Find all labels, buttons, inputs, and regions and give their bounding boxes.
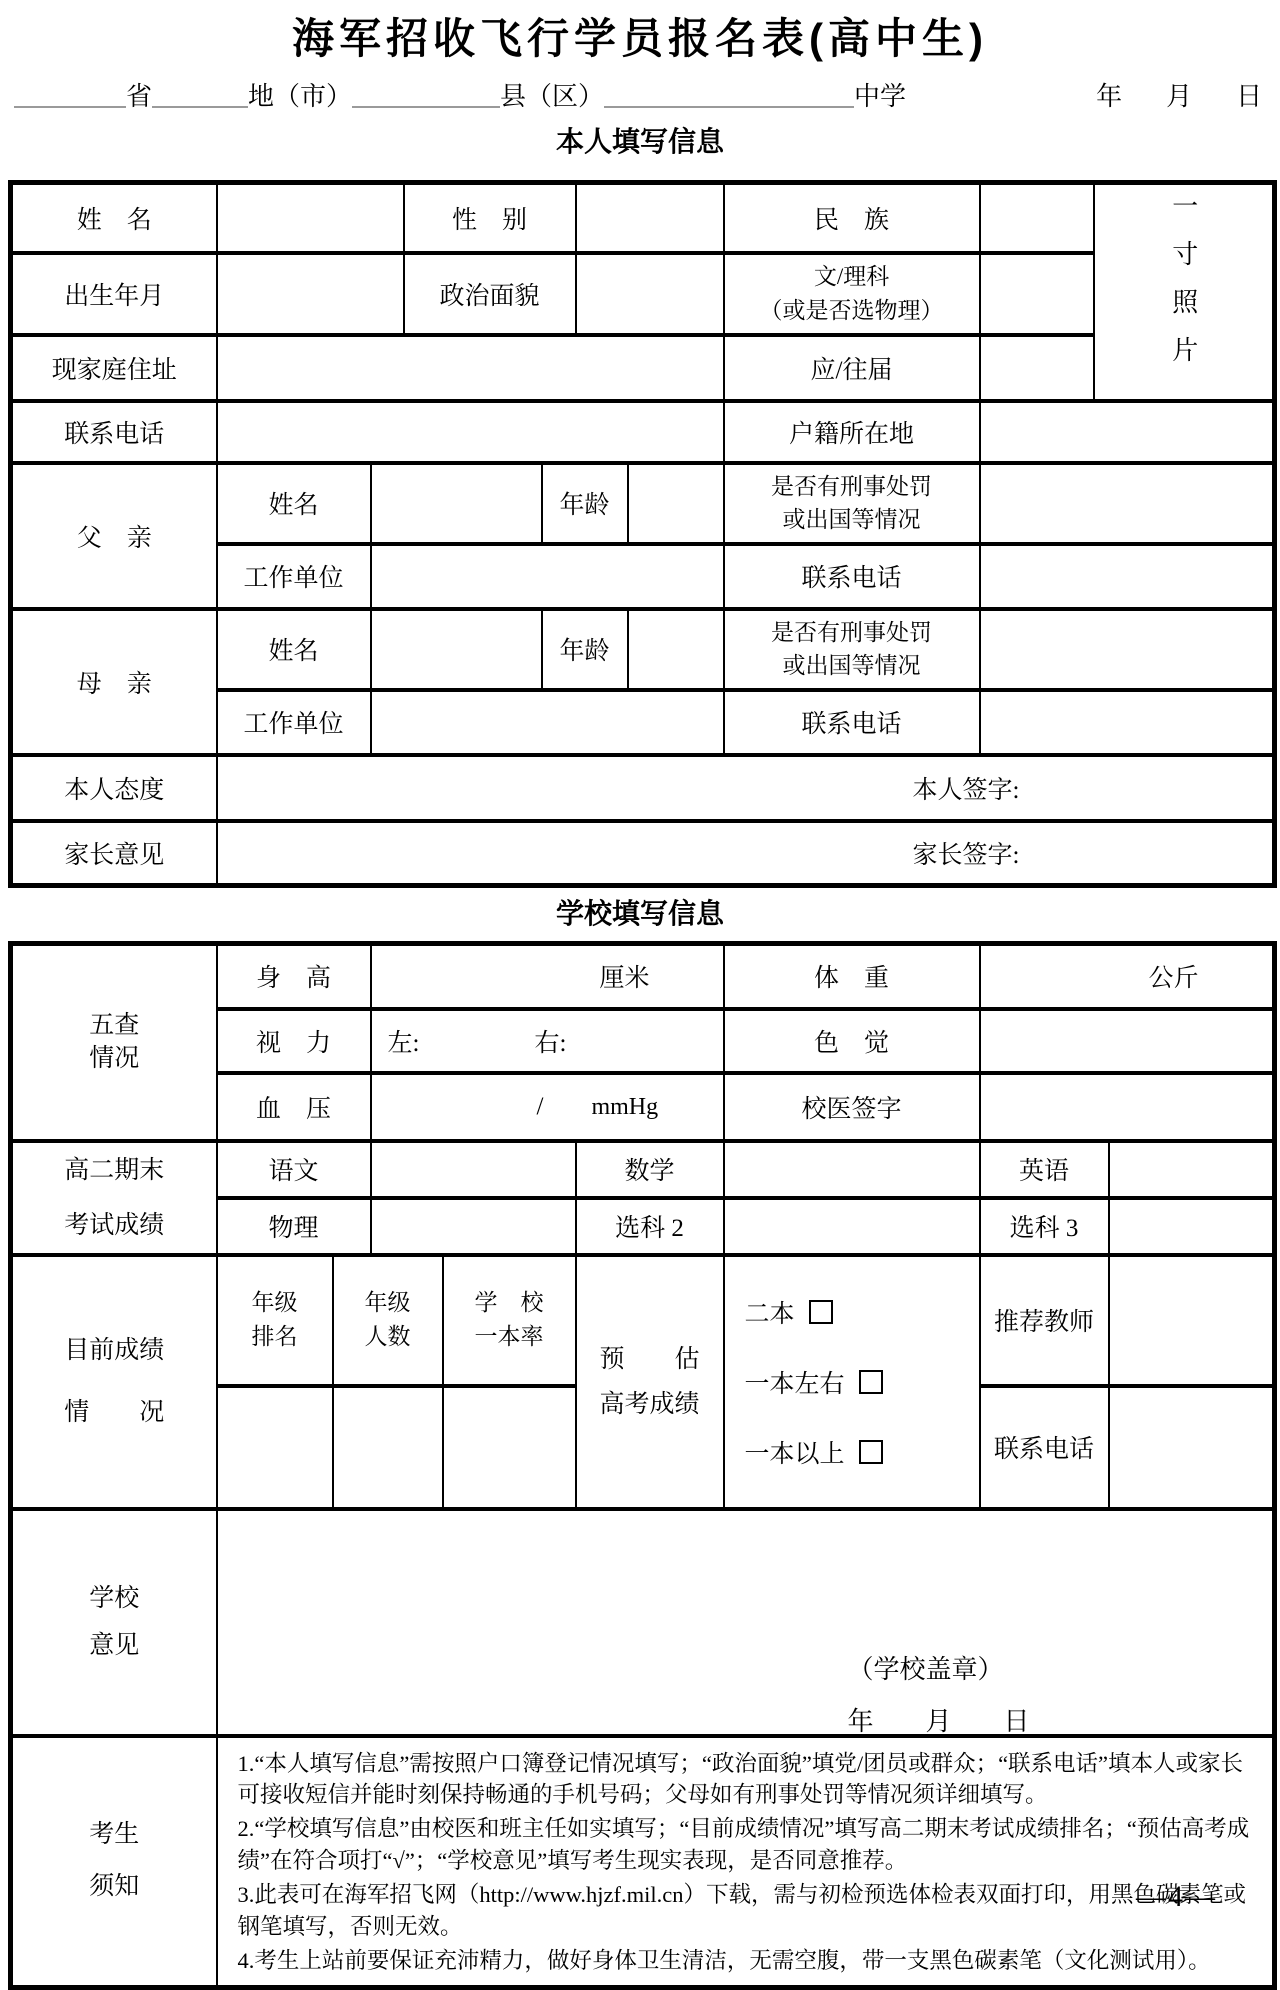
elective3-input-cell[interactable] (1109, 1198, 1275, 1255)
subject-track-input-cell[interactable] (980, 253, 1094, 335)
doctor-sign-input-cell[interactable] (980, 1073, 1275, 1141)
gender-label: 性 别 (404, 183, 576, 253)
photo-label: 一寸照片 (1165, 192, 1202, 384)
phone-input-cell[interactable] (217, 401, 724, 463)
english-input-cell[interactable] (1109, 1141, 1275, 1199)
checkbox-icon[interactable] (859, 1440, 883, 1464)
form-page: 海军招收飞行学员报名表(高中生) 省地（市）县（区）中学年月日 本人填写信息 姓… (0, 0, 1280, 1933)
elective3-label: 选科 3 (980, 1198, 1109, 1255)
row-parent-opinion: 家长意见 家长签字: (11, 821, 1275, 886)
parent-opinion-input-cell[interactable]: 家长签字: (217, 821, 1275, 886)
current-status-label: 目前成绩 情 况 (11, 1255, 217, 1509)
row-scores-1: 高二期末 考试成绩 语文 数学 英语 (11, 1141, 1275, 1199)
option-yiben-zuoyou: 一本左右 (745, 1361, 979, 1403)
father-name-label: 姓名 (217, 463, 371, 544)
weight-input-cell[interactable]: 公斤 (980, 944, 1275, 1009)
seal-date-label: 年 月 日 (848, 1701, 1030, 1736)
attitude-input-cell[interactable]: 本人签字: (217, 755, 1275, 821)
parent-opinion-label: 家长意见 (11, 821, 217, 886)
mother-criminal-label: 是否有刑事处罚 或出国等情况 (724, 609, 980, 690)
mother-name-label: 姓名 (217, 609, 371, 690)
political-label: 政治面貌 (404, 253, 576, 335)
photo-box[interactable]: 一寸照片 (1094, 183, 1275, 401)
height-label: 身 高 (217, 944, 371, 1009)
math-label: 数学 (576, 1141, 724, 1199)
father-phone-label: 联系电话 (724, 544, 980, 609)
row-father-name: 父 亲 姓名 年龄 是否有刑事处罚 或出国等情况 (11, 463, 1275, 544)
row-height: 五查 情况 身 高 厘米 体 重 公斤 (11, 944, 1275, 1009)
mother-age-label: 年龄 (542, 609, 628, 690)
row-mother-name: 母 亲 姓名 年龄 是否有刑事处罚 或出国等情况 (11, 609, 1275, 690)
recommender-phone-label: 联系电话 (980, 1386, 1109, 1509)
mother-work-input-cell[interactable] (371, 690, 724, 755)
school-label: 中学 (854, 82, 906, 111)
school-section-heading: 学校填写信息 (0, 892, 1280, 932)
father-age-label: 年龄 (542, 463, 628, 544)
father-label: 父 亲 (11, 463, 217, 609)
father-work-label: 工作单位 (217, 544, 371, 609)
row-address: 现家庭住址 应/往届 (11, 335, 1275, 401)
physics-label: 物理 (217, 1198, 371, 1255)
school-seal-label: （学校盖章） (848, 1649, 1004, 1686)
vision-label: 视 力 (217, 1009, 371, 1073)
mother-phone-label: 联系电话 (724, 690, 980, 755)
color-sense-input-cell[interactable] (980, 1009, 1275, 1073)
vision-left-label: 左: (388, 1030, 420, 1057)
self-info-table: 姓 名 性 别 民 族 一寸照片 出生年月 政治面貌 文/理科 （或是否选物理）… (8, 180, 1277, 888)
row-attitude: 本人态度 本人签字: (11, 755, 1275, 821)
weight-label: 体 重 (724, 944, 980, 1009)
grade-size-input-cell[interactable] (333, 1386, 443, 1509)
chinese-input-cell[interactable] (371, 1141, 576, 1199)
notes-label: 考生 须知 (11, 1736, 217, 1988)
doctor-sign-label: 校医签字 (724, 1073, 980, 1141)
county-label: 县（区） (500, 82, 604, 111)
school-info-table: 五查 情况 身 高 厘米 体 重 公斤 视 力 左:右: 色 觉 血 压 /mm… (8, 941, 1277, 1990)
self-sign-label: 本人签字: (913, 777, 1020, 804)
father-criminal-label: 是否有刑事处罚 或出国等情况 (724, 463, 980, 544)
physics-input-cell[interactable] (371, 1198, 576, 1255)
vision-right-label: 右: (534, 1030, 566, 1057)
city-label: 地（市） (248, 82, 352, 111)
note-item-2: 2.“学校填写信息”由校医和班主任如实填写；“目前成绩情况”填写高二期末考试成绩… (238, 1813, 1257, 1877)
chinese-label: 语文 (217, 1141, 371, 1199)
father-name-input-cell[interactable] (371, 463, 542, 544)
note-item-1: 1.“本人填写信息”需按照户口簿登记情况填写；“政治面貌”填党/团员或群众；“联… (238, 1748, 1257, 1812)
row-current-1: 目前成绩 情 况 年级 排名 年级 人数 学 校 一本率 预 估 高考成绩 二本… (11, 1255, 1275, 1387)
row-name: 姓 名 性 别 民 族 一寸照片 (11, 183, 1275, 253)
page-number: —4— (1136, 1880, 1217, 1914)
household-label: 户籍所在地 (724, 401, 980, 463)
school-opinion-input-cell[interactable]: （学校盖章） 年 月 日 (217, 1509, 1275, 1736)
mother-age-input-cell[interactable] (628, 609, 724, 690)
ethnicity-label: 民 族 (724, 183, 980, 253)
height-unit-label: 厘米 (600, 965, 650, 992)
political-input-cell[interactable] (576, 253, 724, 335)
father-work-input-cell[interactable] (371, 544, 724, 609)
subject-track-label: 文/理科 （或是否选物理） (724, 253, 980, 335)
address-label: 现家庭住址 (11, 335, 217, 401)
mother-name-input-cell[interactable] (371, 609, 542, 690)
mother-criminal-input-cell[interactable] (980, 609, 1275, 690)
grade-size-label: 年级 人数 (333, 1255, 443, 1387)
name-label: 姓 名 (11, 183, 217, 253)
estimate-options-cell: 二本 一本左右 一本以上 (724, 1255, 980, 1509)
option-yiben-yishang: 一本以上 (745, 1431, 979, 1473)
city-blank[interactable] (152, 106, 248, 108)
note-item-3: 3.此表可在海军招飞网（http://www.hjzf.mil.cn）下载，需与… (238, 1879, 1257, 1943)
grade-rank-label: 年级 排名 (217, 1255, 333, 1387)
father-criminal-input-cell[interactable] (980, 463, 1275, 544)
self-section-heading: 本人填写信息 (0, 120, 1280, 160)
region-date-line: 省地（市）县（区）中学年月日 (14, 76, 1270, 113)
name-input-cell[interactable] (217, 183, 404, 253)
household-input-cell[interactable] (980, 401, 1275, 463)
blood-pressure-label: 血 压 (217, 1073, 371, 1141)
year-label: 年 (1096, 82, 1122, 111)
english-label: 英语 (980, 1141, 1109, 1199)
ethnicity-input-cell[interactable] (980, 183, 1094, 253)
school-blank[interactable] (604, 106, 854, 108)
recommender-input-cell[interactable] (1109, 1255, 1275, 1387)
option-yiben-yishang-label: 一本以上 (745, 1434, 845, 1470)
exam-scores-label: 高二期末 考试成绩 (11, 1141, 217, 1255)
row-birth: 出生年月 政治面貌 文/理科 （或是否选物理） (11, 253, 1275, 335)
blood-pressure-input-cell[interactable]: /mmHg (371, 1073, 724, 1141)
birth-label: 出生年月 (11, 253, 217, 335)
gender-input-cell[interactable] (576, 183, 724, 253)
bp-unit-label: mmHg (591, 1094, 658, 1120)
row-school-opinion: 学校 意见 （学校盖章） 年 月 日 (11, 1509, 1275, 1736)
school-rate-label: 学 校 一本率 (443, 1255, 576, 1387)
month-label: 月 (1166, 82, 1192, 111)
grad-status-label: 应/往届 (724, 335, 980, 401)
mother-label: 母 亲 (11, 609, 217, 755)
attitude-label: 本人态度 (11, 755, 217, 821)
bp-slash: / (537, 1093, 544, 1120)
phone-label: 联系电话 (11, 401, 217, 463)
county-blank[interactable] (352, 106, 500, 108)
father-phone-input-cell[interactable] (980, 544, 1275, 609)
five-checks-label: 五查 情况 (11, 944, 217, 1141)
parent-sign-label: 家长签字: (913, 842, 1020, 869)
notes-cell: 1.“本人填写信息”需按照户口簿登记情况填写；“政治面貌”填党/团员或群众；“联… (217, 1736, 1275, 1988)
color-sense-label: 色 觉 (724, 1009, 980, 1073)
weight-unit-label: 公斤 (1149, 965, 1199, 992)
page-title: 海军招收飞行学员报名表(高中生) (0, 6, 1280, 66)
row-notes: 考生 须知 1.“本人填写信息”需按照户口簿登记情况填写；“政治面貌”填党/团员… (11, 1736, 1275, 1988)
option-yiben-zuoyou-label: 一本左右 (745, 1364, 845, 1400)
province-label: 省 (126, 82, 152, 111)
mother-phone-input-cell[interactable] (980, 690, 1275, 755)
school-rate-input-cell[interactable] (443, 1386, 576, 1509)
birth-input-cell[interactable] (217, 253, 404, 335)
elective2-input-cell[interactable] (724, 1198, 980, 1255)
vision-input-cell[interactable]: 左:右: (371, 1009, 724, 1073)
recommender-label: 推荐教师 (980, 1255, 1109, 1387)
day-label: 日 (1236, 82, 1262, 111)
height-input-cell[interactable]: 厘米 (371, 944, 724, 1009)
address-input-cell[interactable] (217, 335, 724, 401)
row-phone: 联系电话 户籍所在地 (11, 401, 1275, 463)
checkbox-icon[interactable] (859, 1370, 883, 1394)
school-opinion-label: 学校 意见 (11, 1509, 217, 1736)
option-erben-label: 二本 (745, 1294, 795, 1330)
grad-status-input-cell[interactable] (980, 335, 1094, 401)
checkbox-icon[interactable] (809, 1300, 833, 1324)
province-blank[interactable] (14, 106, 126, 108)
mother-work-label: 工作单位 (217, 690, 371, 755)
recommender-phone-input-cell[interactable] (1109, 1386, 1275, 1509)
option-erben: 二本 (745, 1291, 979, 1333)
math-input-cell[interactable] (724, 1141, 980, 1199)
father-age-input-cell[interactable] (628, 463, 724, 544)
note-item-4: 4.考生上站前要保证充沛精力，做好身体卫生清洁，无需空腹，带一支黑色碳素笔（文化… (238, 1945, 1257, 1977)
estimate-label: 预 估 高考成绩 (576, 1255, 724, 1509)
elective2-label: 选科 2 (576, 1198, 724, 1255)
grade-rank-input-cell[interactable] (217, 1386, 333, 1509)
